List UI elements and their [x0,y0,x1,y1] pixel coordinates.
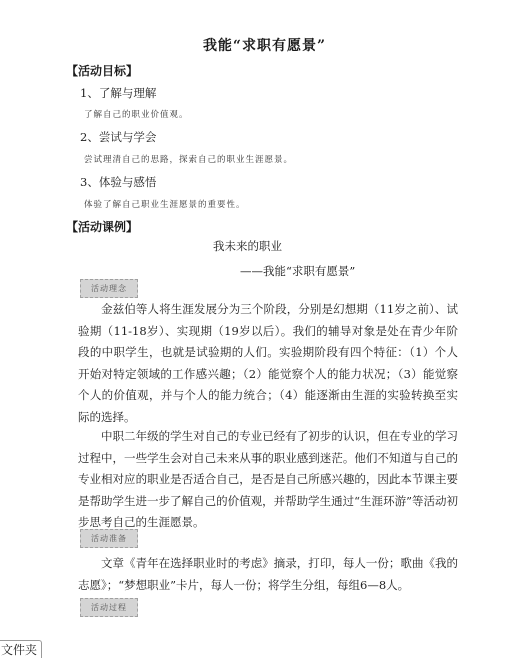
lesson-subtitle: ——我能“求职有愿景” [240,263,355,279]
goal-item-1-label: 1、了解与理解 [80,85,156,101]
goal-item-2-label: 2、尝试与学会 [80,129,156,145]
goal-item-1-desc: 了解自己的职业价值观。 [84,108,189,120]
document-title: 我能“求职有愿景” [0,35,529,55]
tag-activity-preparation: 活动准备 [80,529,138,548]
folder-tab[interactable]: 文件夹 [0,640,42,658]
tag-activity-concept: 活动理念 [80,279,138,298]
tag-activity-process: 活动过程 [80,598,138,617]
paragraph-background: 中职二年级的学生对自己的专业已经有了初步的认识，但在专业的学习过程中，一些学生会… [78,426,458,534]
goal-item-3-label: 3、体验与感悟 [80,174,156,190]
paragraph-preparation-text: 文章《青年在选择职业时的考虑》摘录，打印，每人一份；歌曲《我的志愿》；“梦想职业… [78,556,458,592]
paragraph-preparation: 文章《青年在选择职业时的考虑》摘录，打印，每人一份；歌曲《我的志愿》；“梦想职业… [78,553,458,596]
paragraph-concept-text: 金兹伯等人将生涯发展分为三个阶段，分别是幻想期（11岁之前）、试验期（11-18… [78,302,458,424]
goal-item-2-desc: 尝试理清自己的思路，探索自己的职业生涯愿景。 [84,153,293,165]
lesson-title: 我未来的职业 [213,238,282,254]
section-heading-goals: 【活动目标】 [66,62,138,79]
paragraph-concept: 金兹伯等人将生涯发展分为三个阶段，分别是幻想期（11岁之前）、试验期（11-18… [78,299,458,428]
goal-item-3-desc: 体验了解自己职业生涯愿景的重要性。 [84,198,246,210]
document-page: 我能“求职有愿景” 【活动目标】 1、了解与理解 了解自己的职业价值观。 2、尝… [0,0,529,658]
section-heading-lesson: 【活动课例】 [66,218,138,235]
paragraph-background-text: 中职二年级的学生对自己的专业已经有了初步的认识，但在专业的学习过程中，一些学生会… [78,429,458,529]
